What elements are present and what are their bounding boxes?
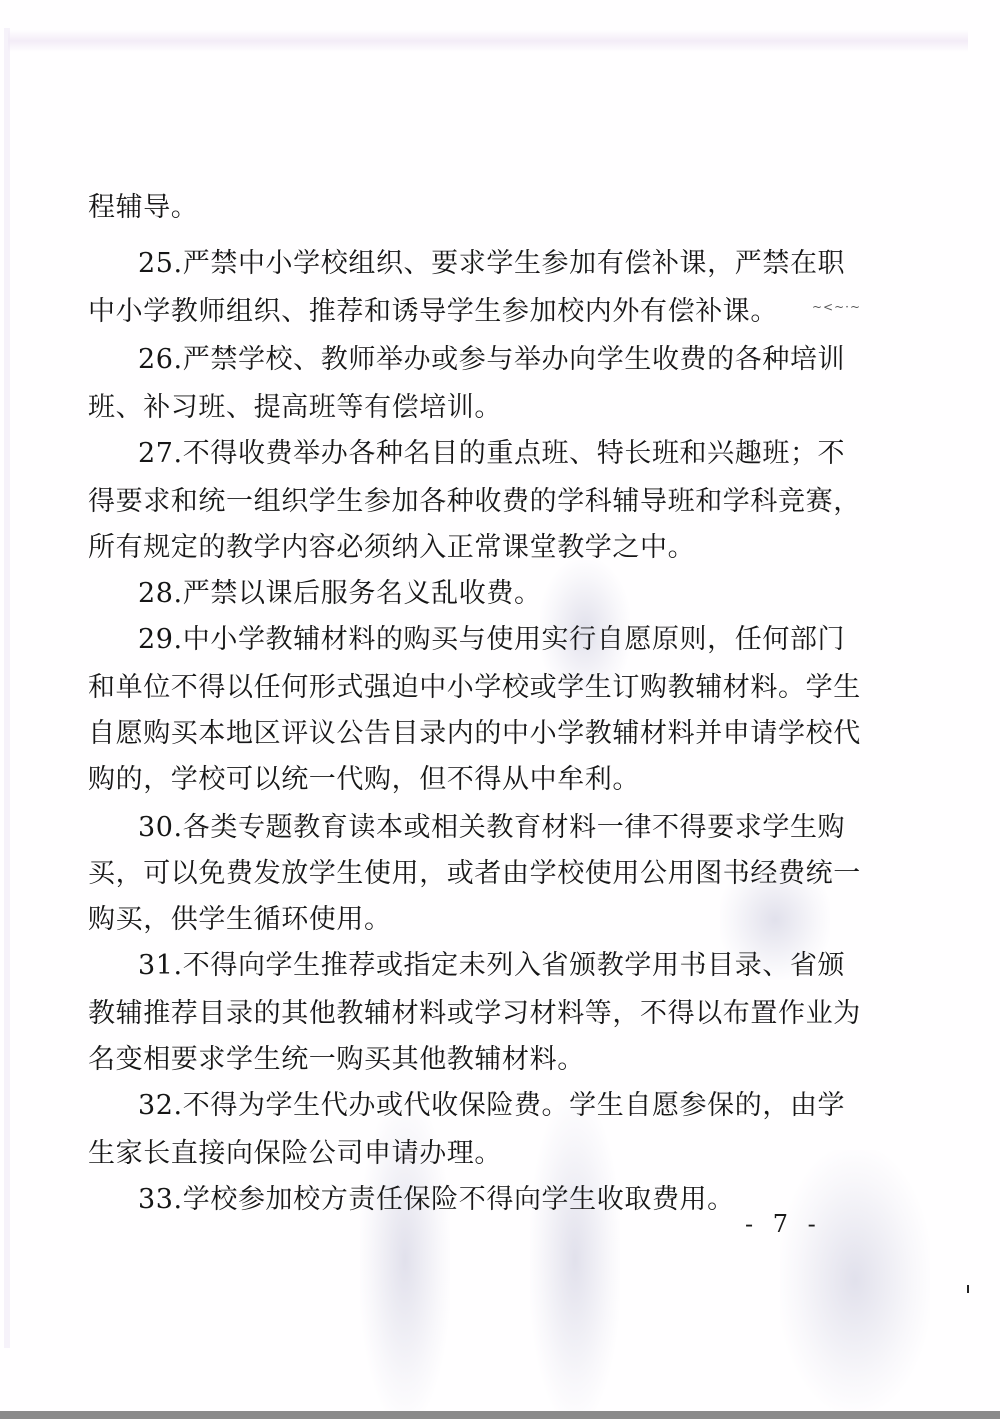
clause-30-line-3: 购买，供学生循环使用。 [88,902,392,938]
clause-29-line-1: 29.中小学教辅材料的购买与使用实行自愿原则，任何部门 [138,622,845,658]
scan-artifact-band [8,30,968,52]
clause-26-line-1: 26.严禁学校、教师举办或参与举办向学生收费的各种培训 [138,342,845,378]
margin-mark: ~<~·~ [812,300,861,314]
scanned-page: ~<~·~ 程辅导。 25.严禁中小学校组织、要求学生参加有偿补课，严禁在职 中… [0,0,1000,1411]
text-line: 程辅导。 [88,190,198,226]
scan-artifact-edge [4,28,10,1348]
clause-30-line-2: 买，可以免费发放学生使用，或者由学校使用公用图书经费统一 [88,856,861,892]
page-number: - 7 - [745,1210,822,1238]
clause-29-line-3: 自愿购买本地区评议公告目录内的中小学教辅材料并申请学校代 [88,716,861,752]
clause-27-line-2: 得要求和统一组织学生参加各种收费的学科辅导班和学科竞赛， [88,484,861,520]
clause-32-line-2: 生家长直接向保险公司申请办理。 [88,1136,502,1172]
scan-smudge [530,1100,620,1419]
clause-31-line-1: 31.不得向学生推荐或指定未列入省颁教学用书目录、省颁 [138,948,845,984]
clause-27-line-3: 所有规定的教学内容必须纳入正常课堂教学之中。 [88,530,695,566]
clause-30-line-1: 30.各类专题教育读本或相关教育材料一律不得要求学生购 [138,810,845,846]
clause-25-line-1: 25.严禁中小学校组织、要求学生参加有偿补课，严禁在职 [138,246,845,282]
clause-29-line-4: 购的，学校可以统一代购，但不得从中牟利。 [88,762,640,798]
scan-smudge [780,1150,930,1410]
clause-29-line-2: 和单位不得以任何形式强迫中小学校或学生订购教辅材料。学生 [88,670,861,706]
clause-32-line-1: 32.不得为学生代办或代收保险费。学生自愿参保的，由学 [138,1088,845,1124]
scan-mark [967,1285,969,1293]
viewer-bottom-bar [0,1411,1000,1419]
clause-26-line-2: 班、补习班、提高班等有偿培训。 [88,390,502,426]
clause-27-line-1: 27.不得收费举办各种名目的重点班、特长班和兴趣班；不 [138,436,845,472]
clause-28-line-1: 28.严禁以课后服务名义乱收费。 [138,576,542,612]
clause-31-line-2: 教辅推荐目录的其他教辅材料或学习材料等，不得以布置作业为 [88,996,861,1032]
clause-33-line-1: 33.学校参加校方责任保险不得向学生收取费用。 [138,1182,735,1218]
clause-25-line-2: 中小学教师组织、推荐和诱导学生参加校内外有偿补课。 [88,294,778,330]
clause-31-line-3: 名变相要求学生统一购买其他教辅材料。 [88,1042,585,1078]
